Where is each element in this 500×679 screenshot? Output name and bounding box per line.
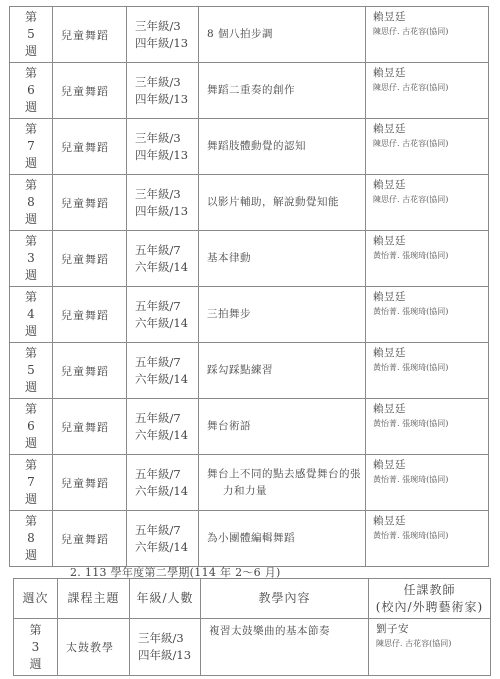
assistant-teachers: 黃怡菁. 張琬琦(協同): [373, 473, 488, 487]
week-prefix: 第: [10, 289, 52, 306]
header-week: 週次: [14, 579, 58, 619]
week-suffix: 週: [10, 99, 52, 116]
grade-line: 三年級/3: [135, 18, 198, 35]
week-cell: 第 5 週: [10, 7, 53, 63]
week-cell: 第 8 週: [10, 175, 53, 231]
week-number: 3: [10, 250, 52, 267]
week-number: 6: [10, 418, 52, 435]
topic-cell: 兒童舞蹈: [53, 119, 127, 175]
week-cell: 第 6 週: [10, 399, 53, 455]
week-suffix: 週: [10, 547, 52, 564]
week-suffix: 週: [10, 323, 52, 340]
content-cell: 舞蹈二重奏的創作: [199, 63, 366, 119]
week-prefix: 第: [10, 401, 52, 418]
teacher-cell: 賴昱廷 黃怡菁. 張琬琦(協同): [366, 287, 489, 343]
content-cell: 8 個八拍步調: [199, 7, 366, 63]
content-cell: 三拍舞步: [199, 287, 366, 343]
teacher-name: 賴昱廷: [373, 178, 488, 193]
week-prefix: 第: [10, 513, 52, 530]
grade-line: 四年級/13: [135, 203, 198, 220]
assistant-teachers: 陳思仔. 古花容(協同): [376, 637, 490, 651]
week-number: 5: [10, 26, 52, 43]
grade-cell: 三年級/3 四年級/13: [127, 7, 199, 63]
topic-cell: 兒童舞蹈: [53, 175, 127, 231]
grade-cell: 五年級/7 六年級/14: [127, 231, 199, 287]
week-suffix: 週: [10, 43, 52, 60]
topic-cell: 兒童舞蹈: [53, 7, 127, 63]
assistant-teachers: 黃怡菁. 張琬琦(協同): [373, 305, 488, 319]
topic-cell: 兒童舞蹈: [53, 287, 127, 343]
table-row: 第 8 週 兒童舞蹈 三年級/3 四年級/13 以影片輔助，解說動覺知能 賴昱廷…: [10, 175, 489, 231]
assistant-teachers: 陳思仔. 古花容(協同): [373, 81, 488, 95]
week-prefix: 第: [10, 121, 52, 138]
assistant-teachers: 黃怡菁. 張琬琦(協同): [373, 249, 488, 263]
week-cell: 第 8 週: [10, 511, 53, 567]
week-suffix: 週: [10, 435, 52, 452]
content-text: 基本律動: [207, 252, 251, 264]
week-prefix: 第: [10, 65, 52, 82]
week-suffix: 週: [10, 211, 52, 228]
grade-line: 三年級/3: [135, 74, 198, 91]
week-prefix: 第: [10, 233, 52, 250]
content-text: 舞蹈二重奏的創作: [207, 84, 295, 96]
content-cell: 舞台術語: [199, 399, 366, 455]
grade-line: 三年級/3: [138, 630, 200, 647]
content-cell: 為小團體編輯舞蹈: [199, 511, 366, 567]
grade-cell: 五年級/7 六年級/14: [127, 343, 199, 399]
grade-line: 六年級/14: [135, 371, 198, 388]
content-cell: 踩勾踩點練習: [199, 343, 366, 399]
grade-line: 三年級/3: [135, 186, 198, 203]
grade-cell: 三年級/3 四年級/13: [127, 119, 199, 175]
table-row: 第 7 週 兒童舞蹈 五年級/7 六年級/14 舞台上不同的點去感覺舞台的張 力…: [10, 455, 489, 511]
content-text: 以影片輔助，解說動覺知能: [207, 196, 339, 208]
grade-line: 六年級/14: [135, 539, 198, 556]
teacher-cell: 賴昱廷 黃怡菁. 張琬琦(協同): [366, 343, 489, 399]
grade-cell: 五年級/7 六年級/14: [127, 511, 199, 567]
header-topic: 課程主題: [58, 579, 130, 619]
assistant-teachers: 黃怡菁. 張琬琦(協同): [373, 529, 488, 543]
grade-cell: 五年級/7 六年級/14: [127, 455, 199, 511]
header-teacher-line1: 任課教師: [369, 582, 490, 599]
teacher-name: 賴昱廷: [373, 10, 488, 25]
teacher-name: 賴昱廷: [373, 458, 488, 473]
topic-cell: 兒童舞蹈: [53, 511, 127, 567]
header-content: 教學內容: [201, 579, 369, 619]
header-teacher: 任課教師 (校內/外聘藝術家): [369, 579, 491, 619]
week-suffix: 週: [10, 379, 52, 396]
week-cell: 第 7 週: [10, 119, 53, 175]
content-text: 舞台上不同的點去感覺舞台的張: [207, 466, 361, 483]
content-cell: 以影片輔助，解說動覺知能: [199, 175, 366, 231]
table-row: 第 4 週 兒童舞蹈 五年級/7 六年級/14 三拍舞步 賴昱廷 黃怡菁. 張琬…: [10, 287, 489, 343]
content-cell: 舞台上不同的點去感覺舞台的張 力和力量: [199, 455, 366, 511]
topic-cell: 兒童舞蹈: [53, 343, 127, 399]
teacher-name: 賴昱廷: [373, 514, 488, 529]
content-text: 為小團體編輯舞蹈: [207, 532, 295, 544]
topic-cell: 兒童舞蹈: [53, 399, 127, 455]
header-grade: 年級/人數: [130, 579, 201, 619]
topic-cell: 兒童舞蹈: [53, 63, 127, 119]
teacher-cell: 賴昱廷 黃怡菁. 張琬琦(協同): [366, 455, 489, 511]
grade-cell: 三年級/3 四年級/13: [130, 619, 201, 676]
week-number: 4: [10, 306, 52, 323]
week-cell: 第 3 週: [10, 231, 53, 287]
table-row: 第 6 週 兒童舞蹈 三年級/3 四年級/13 舞蹈二重奏的創作 賴昱廷 陳思仔…: [10, 63, 489, 119]
grade-line: 五年級/7: [135, 242, 198, 259]
week-number: 7: [10, 474, 52, 491]
content-text: 舞蹈肢體動覺的認知: [207, 140, 306, 152]
teacher-name: 劉子安: [376, 622, 490, 637]
topic-cell: 兒童舞蹈: [53, 455, 127, 511]
grade-line: 五年級/7: [135, 354, 198, 371]
week-cell: 第 7 週: [10, 455, 53, 511]
teacher-name: 賴昱廷: [373, 234, 488, 249]
content-text-continued: 力和力量: [207, 483, 361, 500]
content-text: 踩勾踩點練習: [207, 364, 273, 376]
week-cell: 第 3 週: [14, 619, 58, 676]
teacher-cell: 賴昱廷 陳思仔. 古花容(協同): [366, 63, 489, 119]
week-cell: 第 6 週: [10, 63, 53, 119]
week-number: 8: [10, 194, 52, 211]
week-prefix: 第: [10, 9, 52, 26]
grade-line: 四年級/13: [135, 147, 198, 164]
week-number: 5: [10, 362, 52, 379]
teacher-name: 賴昱廷: [373, 290, 488, 305]
grade-line: 五年級/7: [135, 410, 198, 427]
teacher-cell: 劉子安 陳思仔. 古花容(協同): [369, 619, 491, 676]
grade-line: 三年級/3: [135, 130, 198, 147]
week-suffix: 週: [10, 491, 52, 508]
teacher-name: 賴昱廷: [373, 66, 488, 81]
assistant-teachers: 陳思仔. 古花容(協同): [373, 193, 488, 207]
table-row: 第 6 週 兒童舞蹈 五年級/7 六年級/14 舞台術語 賴昱廷 黃怡菁. 張琬…: [10, 399, 489, 455]
table-row: 第 8 週 兒童舞蹈 五年級/7 六年級/14 為小團體編輯舞蹈 賴昱廷 黃怡菁…: [10, 511, 489, 567]
schedule-table-semester-2: 週次 課程主題 年級/人數 教學內容 任課教師 (校內/外聘藝術家) 第 3 週…: [13, 578, 491, 676]
grade-line: 六年級/14: [135, 483, 198, 500]
grade-line: 五年級/7: [135, 522, 198, 539]
content-cell: 基本律動: [199, 231, 366, 287]
content-cell: 複習太鼓樂曲的基本節奏: [201, 619, 369, 676]
grade-line: 五年級/7: [135, 466, 198, 483]
grade-line: 四年級/13: [135, 91, 198, 108]
table-row: 第 3 週 太鼓教學 三年級/3 四年級/13 複習太鼓樂曲的基本節奏 劉子安 …: [14, 619, 491, 676]
assistant-teachers: 陳思仔. 古花容(協同): [373, 137, 488, 151]
teacher-cell: 賴昱廷 陳思仔. 古花容(協同): [366, 119, 489, 175]
teacher-name: 賴昱廷: [373, 402, 488, 417]
table-row: 第 7 週 兒童舞蹈 三年級/3 四年級/13 舞蹈肢體動覺的認知 賴昱廷 陳思…: [10, 119, 489, 175]
assistant-teachers: 黃怡菁. 張琬琦(協同): [373, 417, 488, 431]
teacher-cell: 賴昱廷 陳思仔. 古花容(協同): [366, 175, 489, 231]
assistant-teachers: 黃怡菁. 張琬琦(協同): [373, 361, 488, 375]
grade-line: 六年級/14: [135, 259, 198, 276]
week-number: 7: [10, 138, 52, 155]
content-text: 複習太鼓樂曲的基本節奏: [209, 625, 330, 637]
content-cell: 舞蹈肢體動覺的認知: [199, 119, 366, 175]
teacher-cell: 賴昱廷 黃怡菁. 張琬琦(協同): [366, 231, 489, 287]
week-prefix: 第: [10, 457, 52, 474]
header-teacher-line2: (校內/外聘藝術家): [369, 599, 490, 616]
grade-line: 四年級/13: [138, 647, 200, 664]
grade-cell: 五年級/7 六年級/14: [127, 399, 199, 455]
week-suffix: 週: [10, 267, 52, 284]
topic-cell: 太鼓教學: [58, 619, 130, 676]
table-header-row: 週次 課程主題 年級/人數 教學內容 任課教師 (校內/外聘藝術家): [14, 579, 491, 619]
grade-line: 六年級/14: [135, 427, 198, 444]
teacher-name: 賴昱廷: [373, 122, 488, 137]
teacher-name: 賴昱廷: [373, 346, 488, 361]
grade-cell: 五年級/7 六年級/14: [127, 287, 199, 343]
content-text: 8 個八拍步調: [207, 28, 273, 40]
grade-cell: 三年級/3 四年級/13: [127, 175, 199, 231]
week-prefix: 第: [10, 345, 52, 362]
content-text: 三拍舞步: [207, 308, 251, 320]
week-suffix: 週: [14, 656, 57, 673]
grade-cell: 三年級/3 四年級/13: [127, 63, 199, 119]
grade-line: 六年級/14: [135, 315, 198, 332]
teacher-cell: 賴昱廷 黃怡菁. 張琬琦(協同): [366, 511, 489, 567]
teacher-cell: 賴昱廷 陳思仔. 古花容(協同): [366, 7, 489, 63]
week-suffix: 週: [10, 155, 52, 172]
week-number: 6: [10, 82, 52, 99]
week-prefix: 第: [10, 177, 52, 194]
grade-line: 四年級/13: [135, 35, 198, 52]
assistant-teachers: 陳思仔. 古花容(協同): [373, 25, 488, 39]
table-row: 第 5 週 兒童舞蹈 五年級/7 六年級/14 踩勾踩點練習 賴昱廷 黃怡菁. …: [10, 343, 489, 399]
week-prefix: 第: [14, 622, 57, 639]
content-text: 舞台術語: [207, 420, 251, 432]
week-number: 8: [10, 530, 52, 547]
teacher-cell: 賴昱廷 黃怡菁. 張琬琦(協同): [366, 399, 489, 455]
week-cell: 第 5 週: [10, 343, 53, 399]
week-cell: 第 4 週: [10, 287, 53, 343]
table-row: 第 5 週 兒童舞蹈 三年級/3 四年級/13 8 個八拍步調 賴昱廷 陳思仔.…: [10, 7, 489, 63]
week-number: 3: [14, 639, 57, 656]
grade-line: 五年級/7: [135, 298, 198, 315]
schedule-table-semester-1: 第 5 週 兒童舞蹈 三年級/3 四年級/13 8 個八拍步調 賴昱廷 陳思仔.…: [9, 6, 489, 567]
topic-cell: 兒童舞蹈: [53, 231, 127, 287]
table-row: 第 3 週 兒童舞蹈 五年級/7 六年級/14 基本律動 賴昱廷 黃怡菁. 張琬…: [10, 231, 489, 287]
